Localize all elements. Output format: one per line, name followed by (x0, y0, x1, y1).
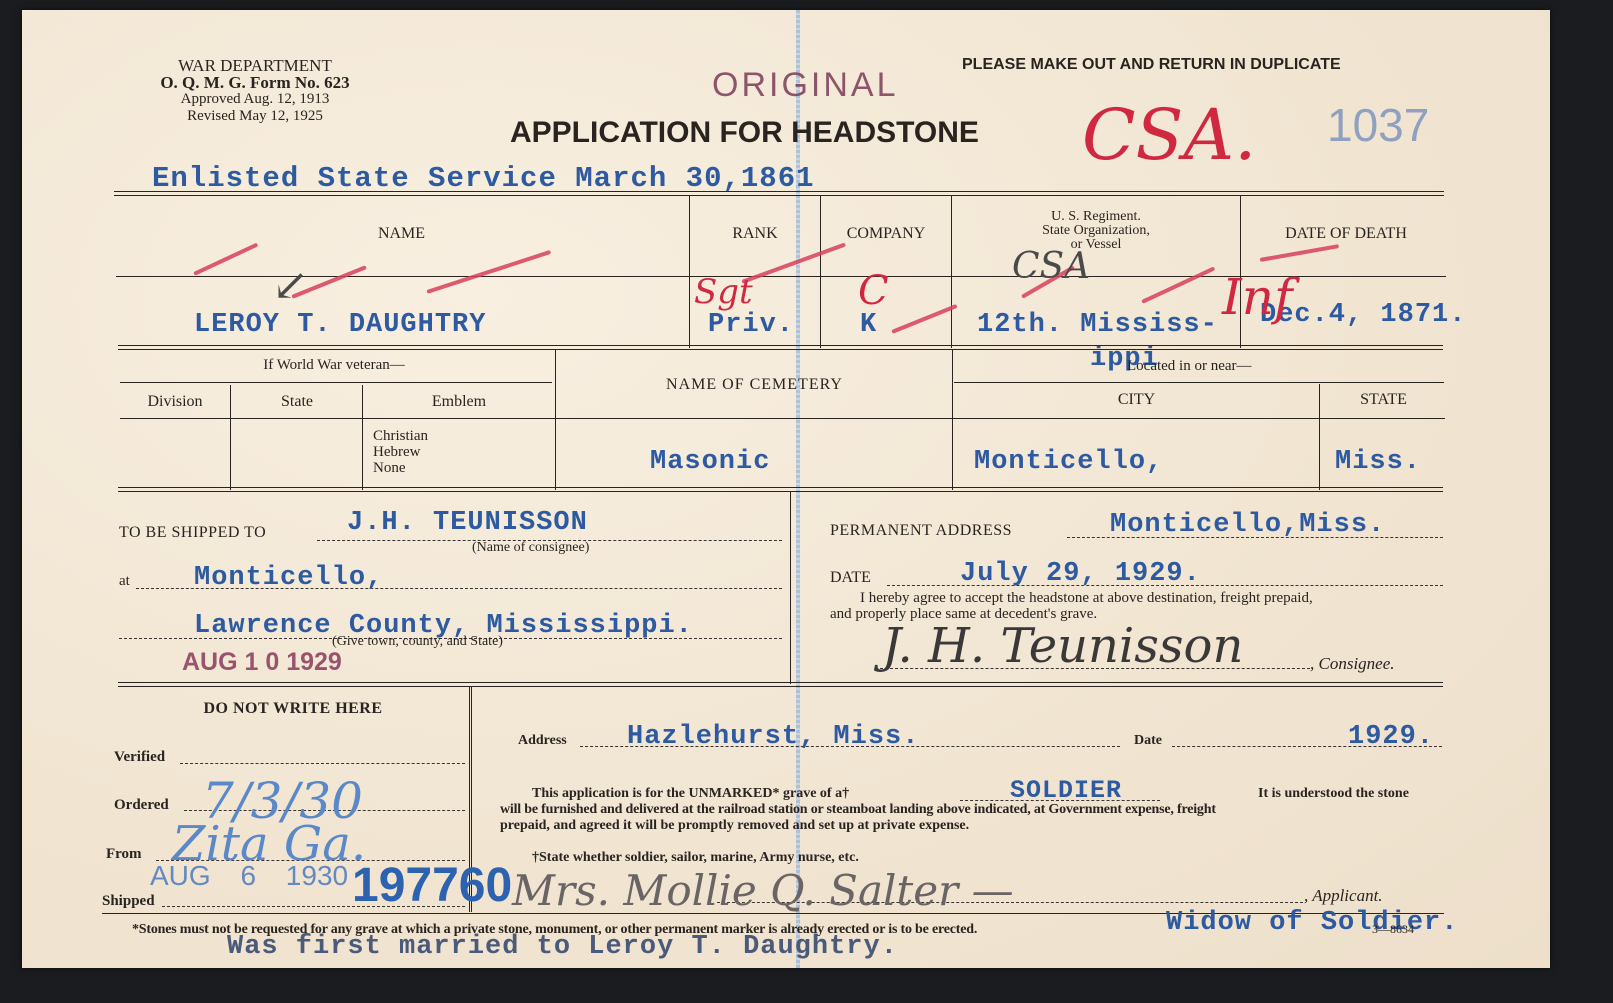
office-use-header: DO NOT WRITE HERE (118, 700, 468, 718)
typed-marriage-note: Was first married to Leroy T. Daughtry. (227, 932, 898, 962)
located-header: Located in or near— (1127, 358, 1252, 375)
red-check-mark (1260, 244, 1339, 262)
divider (118, 487, 1443, 492)
divider (790, 492, 791, 684)
divider (120, 382, 552, 383)
red-check-mark (426, 250, 551, 294)
file-number: 1037 (1327, 98, 1429, 152)
col-regiment-header: U. S. Regiment. State Organization, or V… (952, 210, 1240, 252)
dagger-footnote: †State whether soldier, sailor, marine, … (532, 850, 859, 866)
duplicate-instruction: PLEASE MAKE OUT AND RETURN IN DUPLICATE (962, 56, 1341, 74)
divider (362, 385, 363, 490)
form-number: O. Q. M. G. Form No. 623 (110, 74, 400, 91)
divider (120, 418, 1445, 419)
pencil-arrow-mark: ↙ (272, 260, 309, 311)
unmarked-statement-post: It is understood the stone (1258, 786, 1409, 802)
applicant-label: , Applicant. (1304, 886, 1383, 906)
permanent-address-value: Monticello,Miss. (1110, 510, 1385, 540)
red-check-mark (1141, 266, 1215, 303)
date-value: July 29, 1929. (960, 559, 1201, 589)
red-check-mark (193, 243, 258, 276)
headstone-application-card: WAR DEPARTMENT O. Q. M. G. Form No. 623 … (22, 10, 1550, 968)
shipped-label: Shipped (102, 893, 155, 910)
state-column-header: STATE (1321, 391, 1446, 409)
shipped-number: 197760 (352, 858, 512, 913)
divider (118, 682, 1443, 687)
divider (954, 382, 1444, 383)
consignee-signature: J. H. Teunisson (882, 618, 1243, 674)
company-correction: C (858, 268, 889, 314)
red-check-mark (741, 242, 846, 283)
regiment-pencil-mark: CSA (1012, 246, 1090, 287)
city-value: Monticello, (974, 447, 1163, 477)
divider (555, 350, 556, 490)
soldier-regiment: 12th. Mississ- (977, 310, 1218, 340)
col-company-header: COMPANY (821, 225, 951, 243)
consignee-hint: (Name of consignee) (472, 540, 589, 556)
from-label: From (106, 846, 142, 863)
form-header-block: WAR DEPARTMENT O. Q. M. G. Form No. 623 … (110, 57, 400, 125)
applicant-signature: Mrs. Mollie Q. Salter — (512, 866, 1014, 915)
applicant-address-value: Hazlehurst, Miss. (627, 722, 919, 752)
applicant-address-label: Address (518, 733, 567, 749)
emblem-option-hebrew: Hebrew (373, 444, 428, 460)
agreement-line-1: I hereby agree to accept the headstone a… (830, 590, 1450, 606)
verified-label: Verified (114, 749, 165, 766)
state-value: Miss. (1335, 447, 1421, 477)
col-rank-header: RANK (690, 225, 820, 243)
cemetery-name-value: Masonic (650, 447, 770, 477)
grave-of-value: SOLDIER (1010, 776, 1122, 805)
soldier-company: K (860, 310, 877, 340)
soldier-rank: Priv. (708, 310, 794, 340)
regiment-header-l3: or Vessel (952, 238, 1240, 252)
unmarked-statement-l3: prepaid, and agreed it will be promptly … (500, 818, 969, 834)
cemetery-name-header: NAME OF CEMETERY (557, 376, 952, 394)
shipped-stamp: AUG 6 1930 (150, 860, 348, 892)
at-label: at (119, 573, 130, 590)
red-check-mark (891, 304, 957, 334)
applicant-date-value: 1929. (1348, 722, 1434, 752)
divider (820, 195, 821, 348)
permanent-address-label: PERMANENT ADDRESS (830, 522, 1012, 540)
consignee-name: J.H. TEUNISSON (347, 508, 588, 538)
col-date-of-death-header: DATE OF DEATH (1241, 225, 1451, 243)
date-label: DATE (830, 569, 871, 587)
department: WAR DEPARTMENT (110, 57, 400, 74)
ship-to-label: TO BE SHIPPED TO (119, 524, 266, 542)
divider (114, 191, 1444, 196)
divider (952, 350, 953, 490)
ordered-label: Ordered (114, 797, 169, 814)
unmarked-statement-l2: will be furnished and delivered at the r… (500, 802, 1216, 818)
division-header: Division (120, 393, 230, 411)
divider (1319, 384, 1320, 490)
infantry-mark: Inf (1222, 268, 1292, 326)
city-header: CITY (954, 391, 1319, 409)
applicant-relationship: Widow of Soldier. (1166, 908, 1458, 938)
form-code: 3—8634 (1372, 922, 1414, 937)
applicant-date-label: Date (1134, 733, 1162, 749)
unmarked-statement-pre: This application is for the UNMARKED* gr… (532, 786, 849, 802)
csa-mark: CSA. (1082, 100, 1256, 170)
col-name-header: NAME (114, 225, 689, 243)
ww-veteran-header: If World War veteran— (118, 357, 550, 374)
revised-date: Revised May 12, 1925 (110, 108, 400, 125)
soldier-name: LEROY T. DAUGHTRY (194, 310, 486, 340)
original-stamp: ORIGINAL (712, 66, 898, 105)
divider (118, 345, 1443, 350)
state-header: State (232, 393, 362, 411)
location-hint: (Give town, county, and State) (332, 634, 503, 650)
emblem-option-christian: Christian (373, 428, 428, 444)
received-stamp: AUG 1 0 1929 (182, 648, 342, 677)
regiment-header-l1: U. S. Regiment. (952, 210, 1240, 224)
at-value: Monticello, (194, 563, 383, 593)
divider (230, 385, 231, 490)
regiment-header-l2: State Organization, (952, 224, 1240, 238)
dotted-line (180, 763, 465, 764)
emblem-options: Christian Hebrew None (373, 428, 428, 476)
rank-correction: Sgt (694, 272, 753, 312)
form-title: APPLICATION FOR HEADSTONE (510, 116, 979, 150)
approved-date: Approved Aug. 12, 1913 (110, 91, 400, 108)
divider (689, 195, 690, 348)
emblem-option-none: None (373, 460, 428, 476)
emblem-header: Emblem (364, 393, 554, 411)
consignee-label: , Consignee. (1310, 654, 1395, 674)
